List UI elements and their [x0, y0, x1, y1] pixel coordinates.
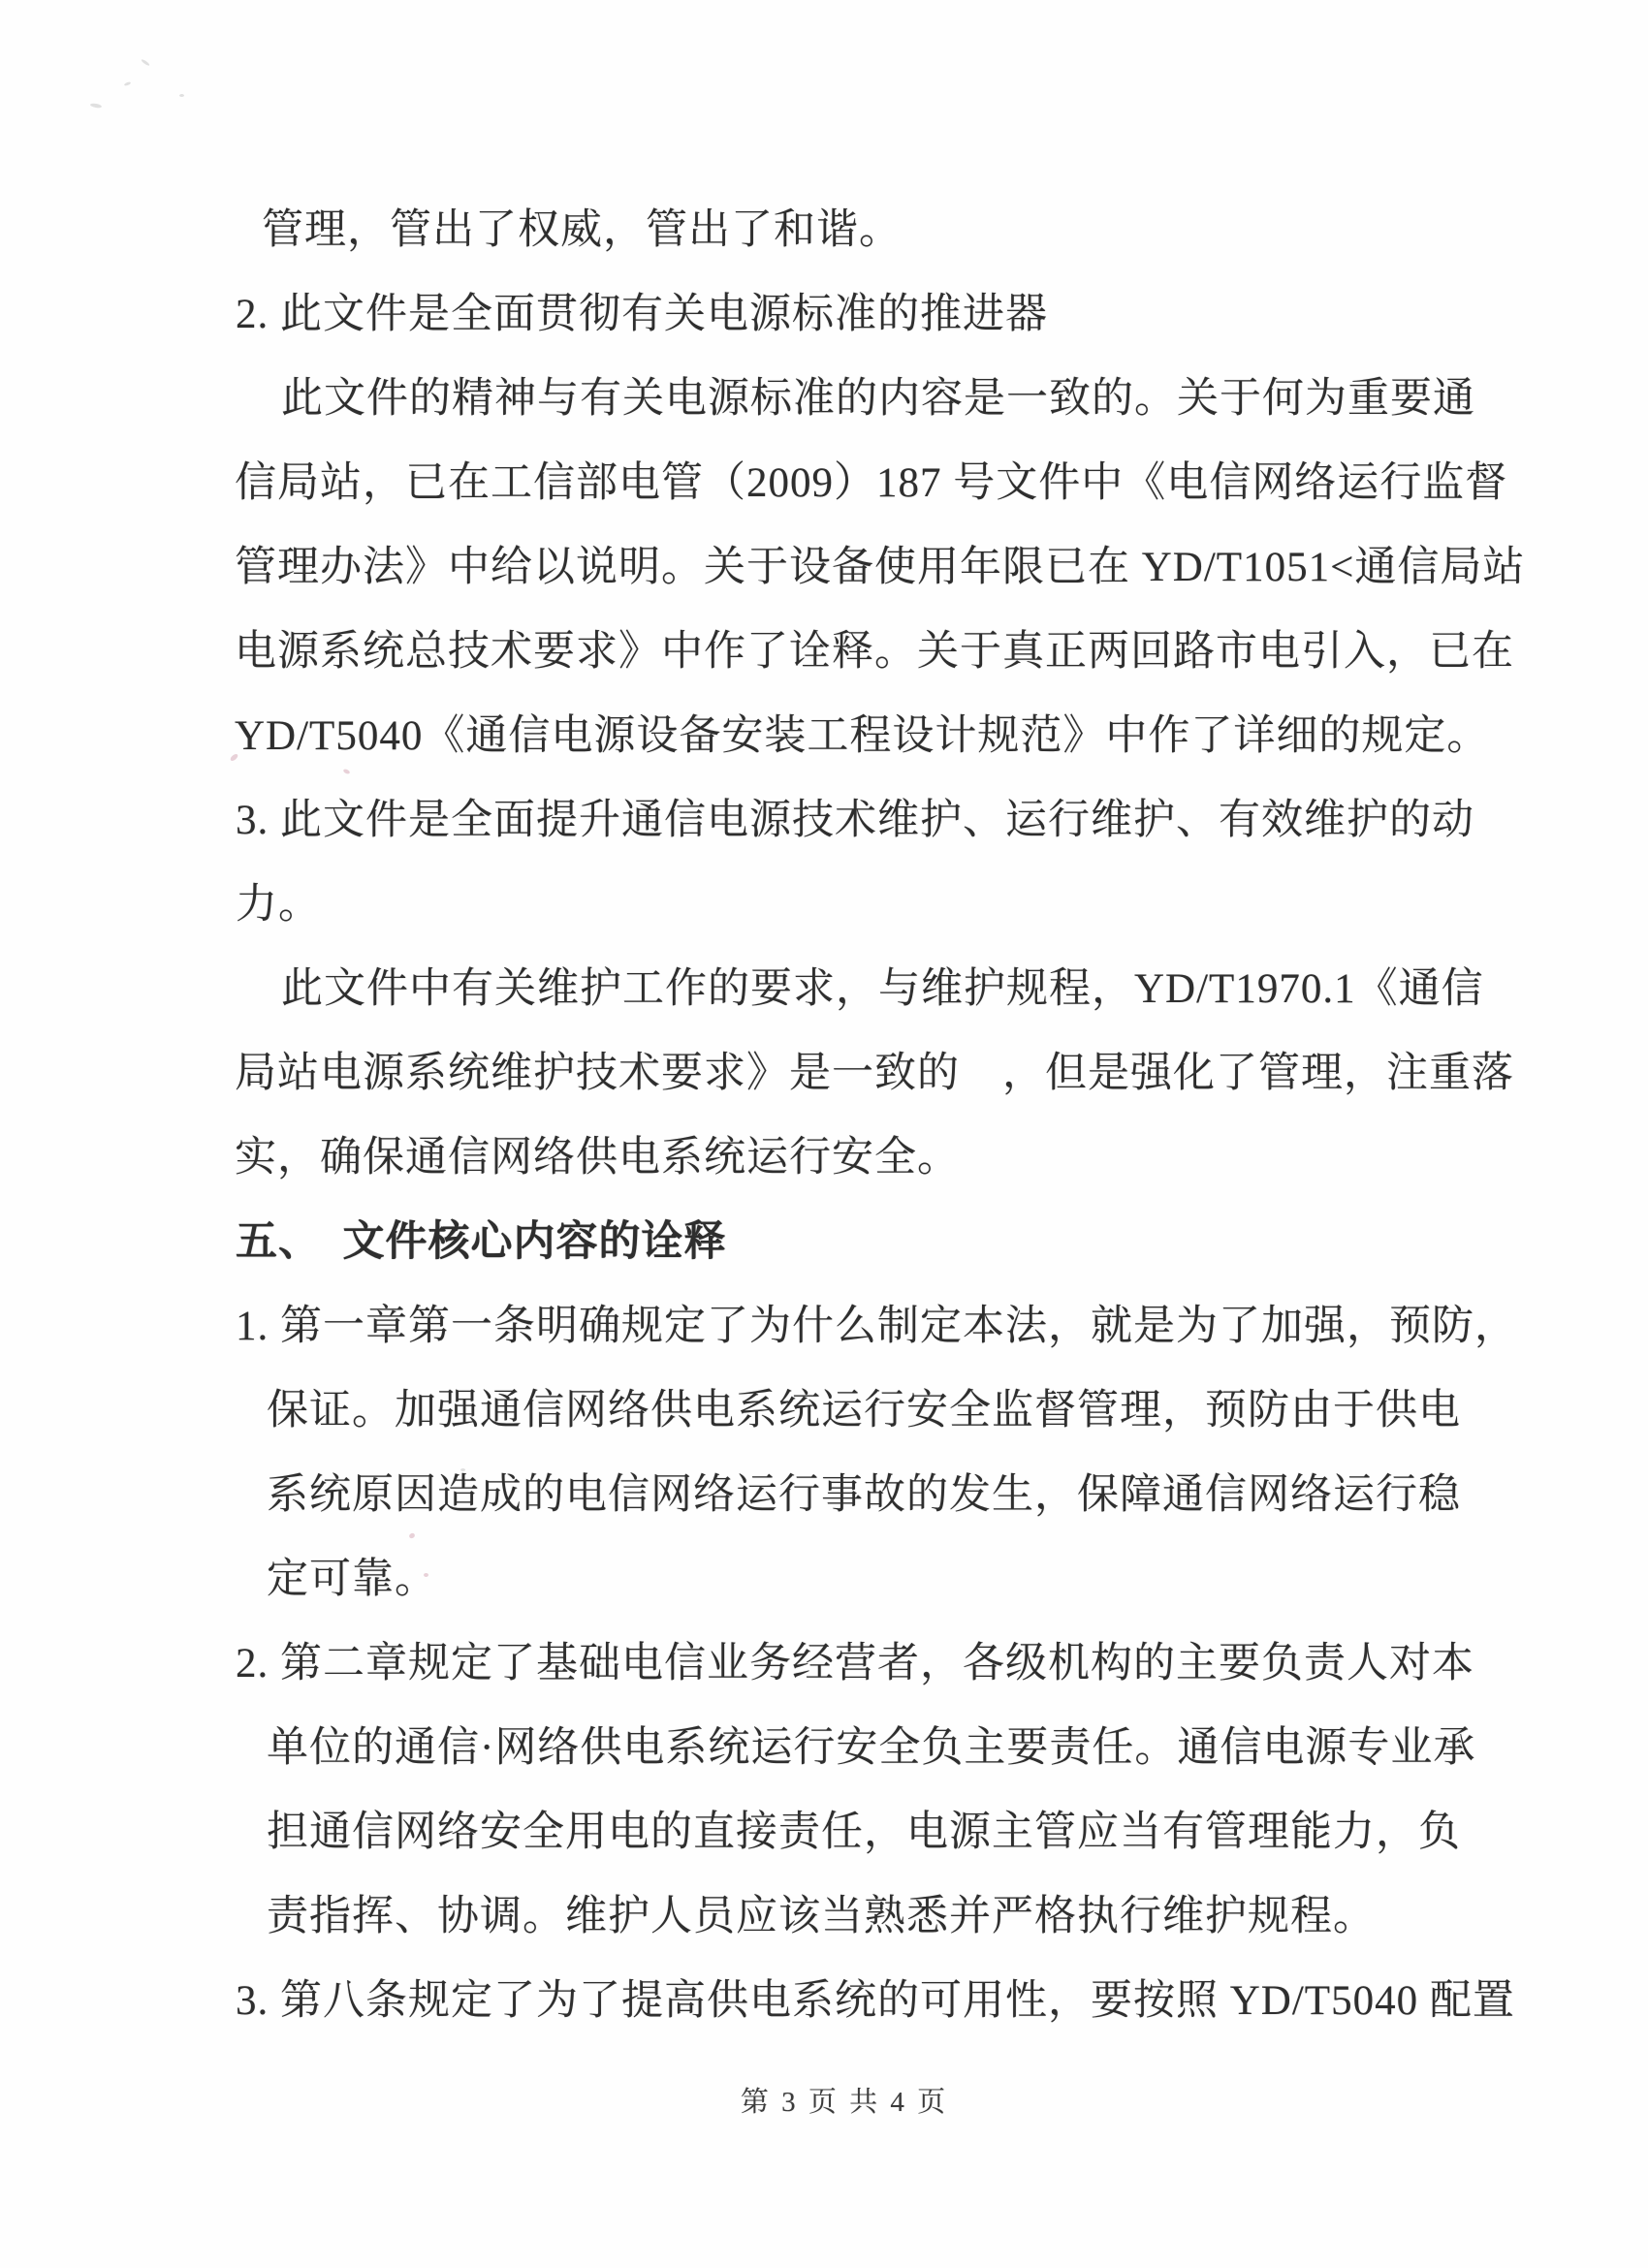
- list-item-2b: 2. 第二章规定了基础电信业务经营者，各级机构的主要负责人对本: [0, 1622, 1648, 1706]
- text-line: 责指挥、协调。维护人员应该当熟悉并严格执行维护规程。: [0, 1874, 1648, 1959]
- list-item-1: 1. 第一章第一条明确规定了为什么制定本法，就是为了加强，预防，: [0, 1284, 1648, 1369]
- text-line: 系统原因造成的电信网络运行事故的发生，保障通信网络运行稳: [0, 1453, 1648, 1537]
- scan-speck: [124, 81, 132, 86]
- section-heading: 五、 文件核心内容的诠释: [0, 1200, 1648, 1284]
- list-item-3b: 3. 第八条规定了为了提高供电系统的可用性，要按照 YD/T5040 配置: [0, 1959, 1648, 2043]
- text-line: 此文件的精神与有关电源标准的内容是一致的。关于何为重要通: [0, 357, 1648, 441]
- scan-speck: [179, 94, 184, 97]
- text-line: 管理办法》中给以说明。关于设备使用年限已在 YD/T1051<通信局站: [0, 525, 1648, 610]
- scan-speck: [90, 103, 103, 109]
- text-line: 实，确保通信网络供电系统运行安全。: [0, 1116, 1648, 1200]
- text-line: 单位的通信·网络供电系统运行安全负主要责任。通信电源专业承: [0, 1706, 1648, 1790]
- document-body: 管理，管出了权威，管出了和谐。 2. 此文件是全面贯彻有关电源标准的推进器 此文…: [0, 188, 1648, 2043]
- text-line: 此文件中有关维护工作的要求，与维护规程，YD/T1970.1《通信: [0, 947, 1648, 1031]
- text-line: 定可靠。: [0, 1537, 1648, 1622]
- text-line: 力。: [0, 863, 1648, 947]
- list-item-3: 3. 此文件是全面提升通信电源技术维护、运行维护、有效维护的动: [0, 778, 1648, 863]
- text-line: 管理，管出了权威，管出了和谐。: [0, 188, 1648, 272]
- text-line: 信局站，已在工信部电管（2009）187 号文件中《电信网络运行监督: [0, 441, 1648, 525]
- text-line: 保证。加强通信网络供电系统运行安全监督管理，预防由于供电: [0, 1369, 1648, 1453]
- text-line: YD/T5040《通信电源设备安装工程设计规范》中作了详细的规定。: [0, 694, 1648, 778]
- page-number: 第 3 页 共 4 页: [0, 2080, 1648, 2120]
- scan-speck: [141, 58, 150, 66]
- list-item-2: 2. 此文件是全面贯彻有关电源标准的推进器: [0, 272, 1648, 357]
- document-page: 管理，管出了权威，管出了和谐。 2. 此文件是全面贯彻有关电源标准的推进器 此文…: [0, 0, 1648, 2268]
- text-line: 担通信网络安全用电的直接责任，电源主管应当有管理能力，负: [0, 1790, 1648, 1874]
- text-line: 电源系统总技术要求》中作了诠释。关于真正两回路市电引入，已在: [0, 610, 1648, 694]
- text-line: 局站电源系统维护技术要求》是一致的 ，但是强化了管理，注重落: [0, 1031, 1648, 1116]
